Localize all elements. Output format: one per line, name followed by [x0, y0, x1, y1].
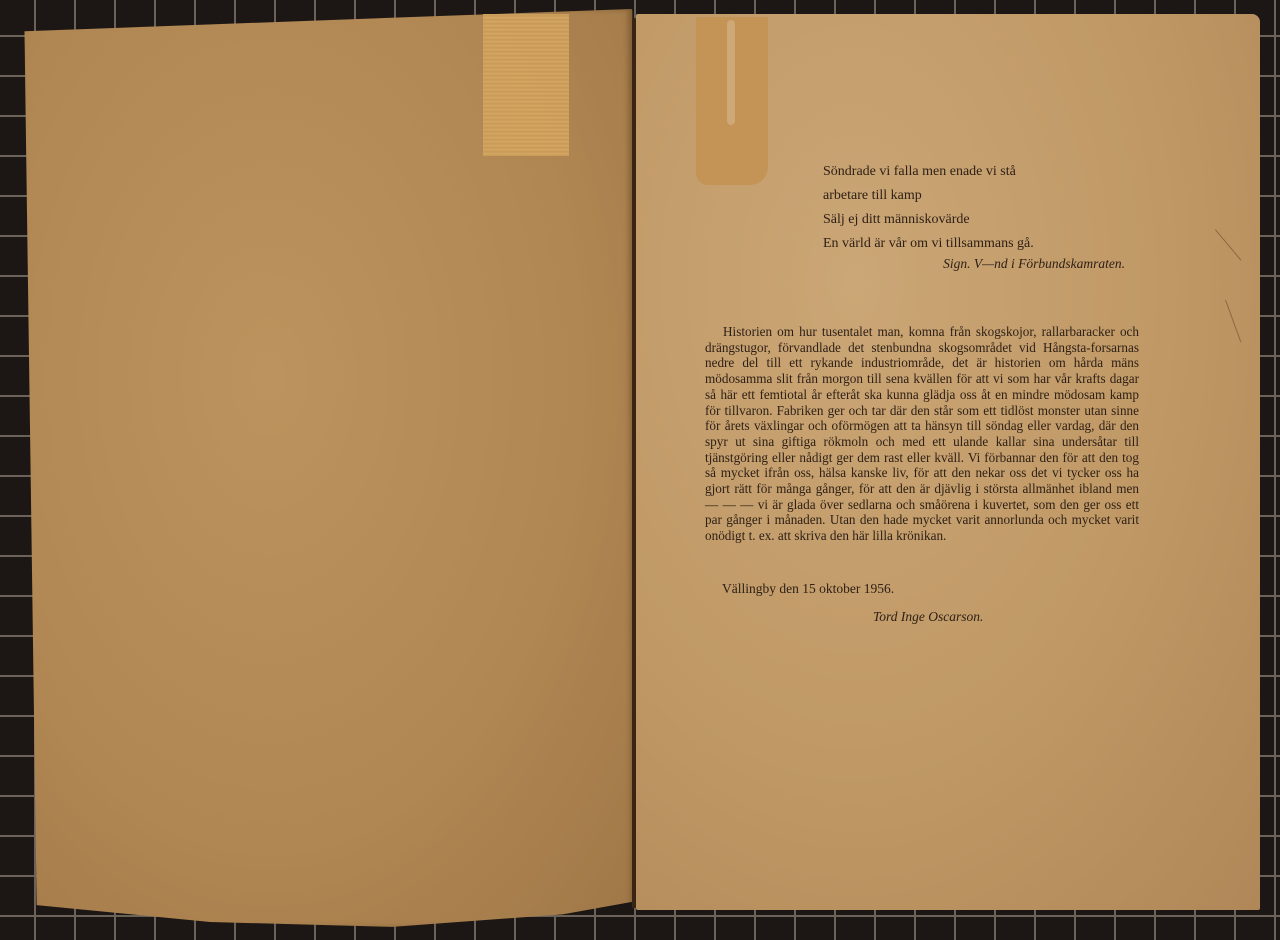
place-date: Vällingby den 15 oktober 1956. — [722, 581, 894, 597]
tape-strip-left — [483, 14, 569, 156]
poem-line: arbetare till kamp — [823, 184, 1034, 208]
body-paragraph: Historien om hur tusentalet man, komna f… — [705, 324, 1139, 544]
poem-line: En värld är vår om vi tillsammans gå. — [823, 232, 1034, 256]
poem-line: Söndrade vi falla men enade vi stå — [823, 160, 1034, 184]
tape-tear-mark — [727, 20, 735, 125]
poem: Söndrade vi falla men enade vi stå arbet… — [823, 160, 1034, 256]
poem-signature: Sign. V—nd i Förbundskamraten. — [823, 256, 1125, 272]
paragraph-text: Historien om hur tusentalet man, komna f… — [705, 324, 1139, 544]
poem-line: Sälj ej ditt människovärde — [823, 208, 1034, 232]
author-signature: Tord Inge Oscarson. — [873, 609, 983, 625]
